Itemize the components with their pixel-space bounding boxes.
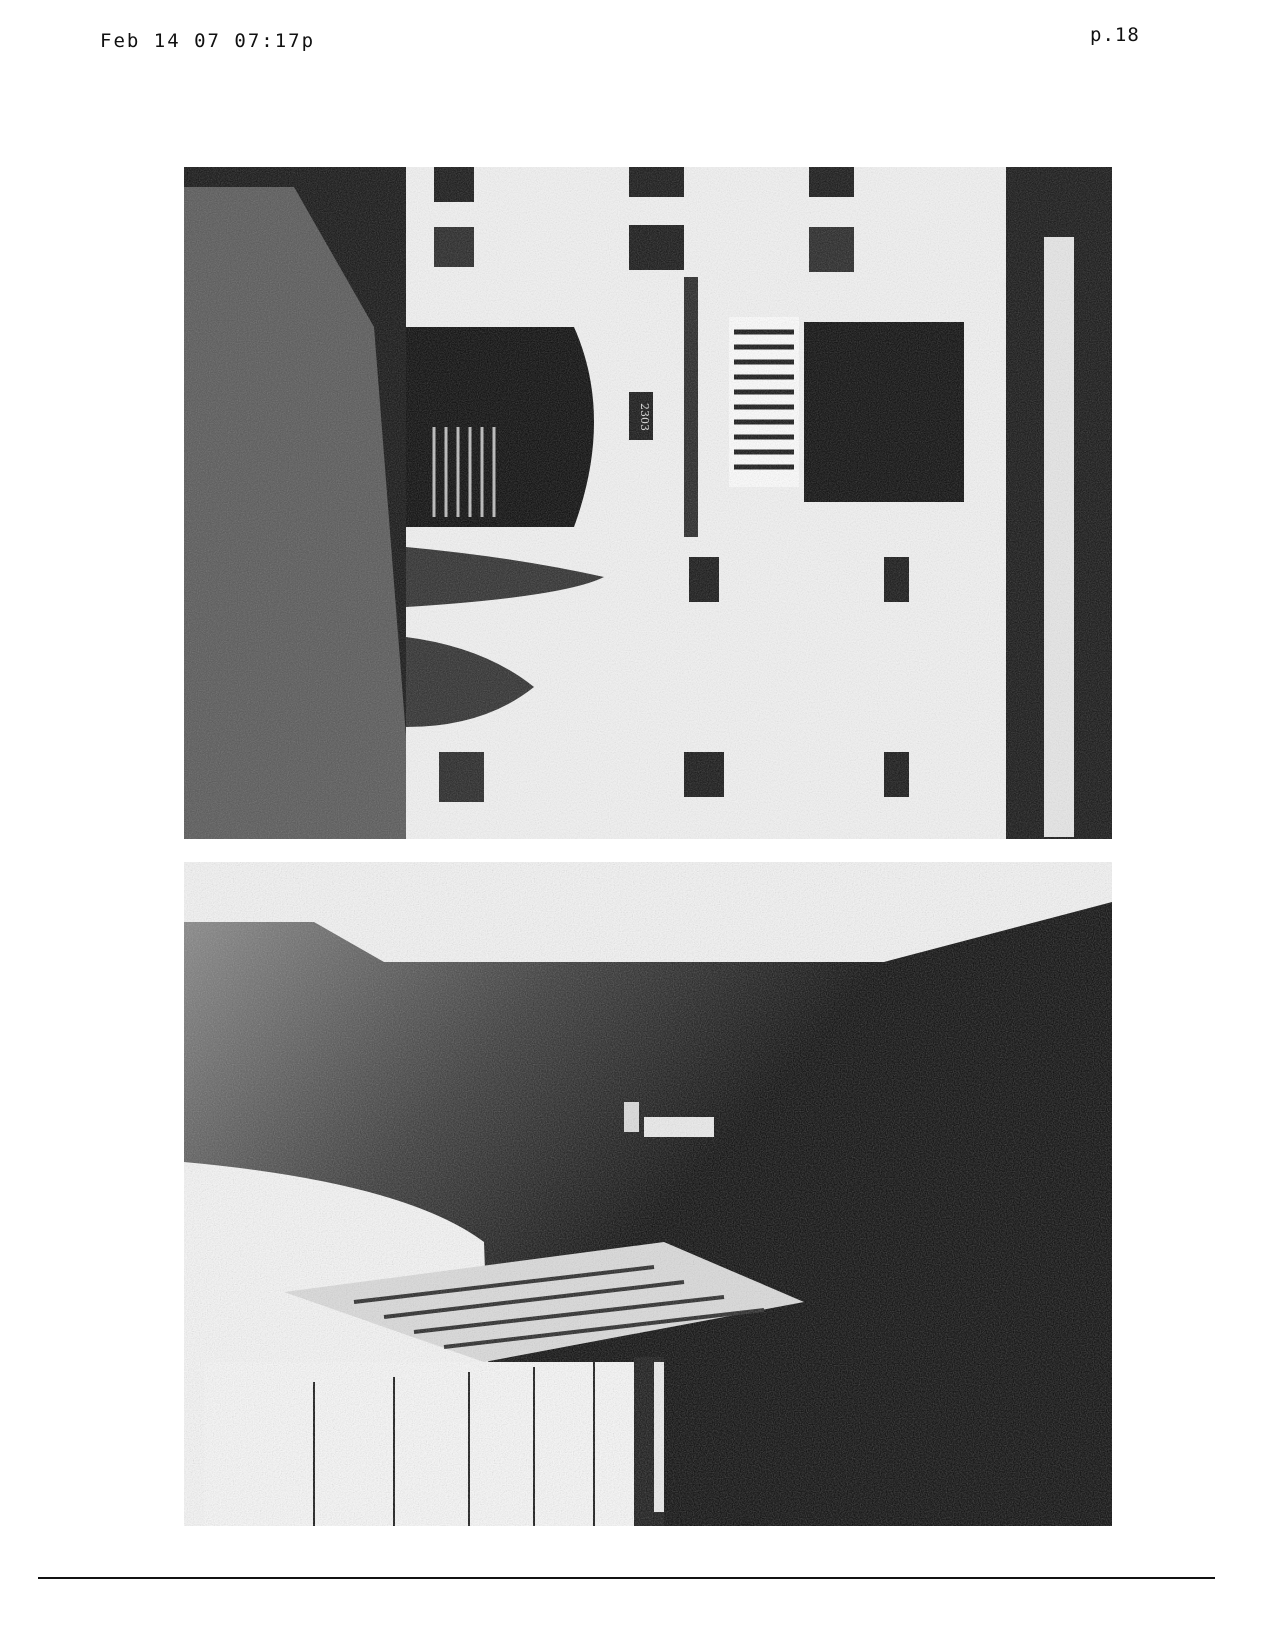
house-front-image: 2303 xyxy=(184,167,1112,839)
photo-house-front: 2303 xyxy=(184,167,1112,839)
fax-header-timestamp: Feb 14 07 07:17p xyxy=(100,30,315,52)
house-side-image xyxy=(184,862,1112,1526)
photo-house-side xyxy=(184,862,1112,1526)
page-number: p.18 xyxy=(1090,24,1140,46)
footer-rule xyxy=(38,1577,1215,1579)
